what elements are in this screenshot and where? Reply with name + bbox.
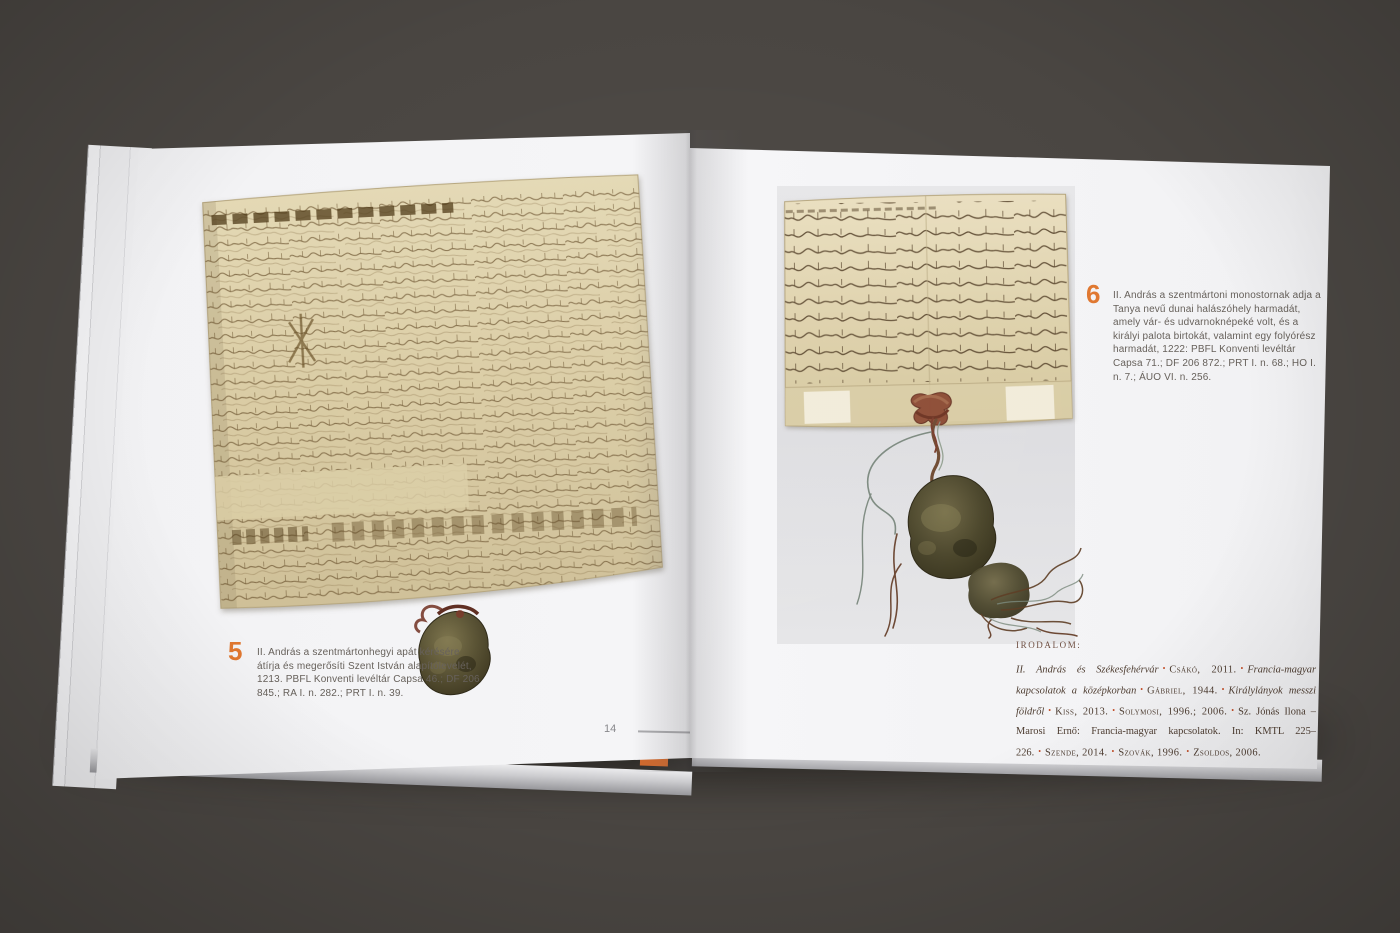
bibliography-text: II. András és Székesfehérvár•Csákó, 2011…: [1016, 659, 1316, 763]
biblio-entry: Kiss, 2013.: [1055, 707, 1108, 718]
left-manuscript-image: [194, 167, 668, 620]
right-manuscript-image: [778, 188, 1075, 434]
figure6-number: 6: [1086, 281, 1100, 307]
right-photo-plate: [777, 186, 1075, 644]
seal-cords-image: [841, 414, 1101, 642]
bullet-separator: •: [1241, 664, 1244, 673]
bibliography-heading: IRODALOM:: [1016, 640, 1316, 650]
page-number-rule: [638, 730, 692, 733]
biblio-entry: Csákó, 2011.: [1169, 665, 1236, 676]
biblio-entry: Szovák, 1996.: [1118, 747, 1182, 758]
biblio-entry: Gábriel, 1944.: [1147, 686, 1218, 697]
bullet-separator: •: [1163, 664, 1166, 673]
biblio-entry: Zsoldos, 2006.: [1193, 747, 1261, 758]
book-photo: 5 II. András a szentmártonhegyi apát kér…: [0, 0, 1400, 933]
figure5-number: 5: [228, 638, 242, 664]
parchment-charter-1222: [778, 188, 1075, 434]
biblio-entry: II. András és Székesfehérvár: [1016, 665, 1159, 676]
bullet-separator: •: [1112, 706, 1115, 715]
bullet-separator: •: [1222, 685, 1225, 694]
bullet-separator: •: [1186, 747, 1189, 756]
figure5-caption: II. András a szentmártonhegyi apát kérés…: [257, 646, 481, 700]
bullet-separator: •: [1231, 706, 1234, 715]
figure6-caption: II. András a szentmártoni monostornak ad…: [1113, 289, 1323, 384]
biblio-entry: Szende, 2014.: [1045, 747, 1108, 758]
parchment-charter-1213: [194, 167, 668, 620]
bullet-separator: •: [1048, 706, 1051, 715]
bullet-separator: •: [1112, 747, 1115, 756]
page-number: 14: [604, 723, 616, 735]
biblio-entry: Solymosi, 1996.; 2006.: [1119, 707, 1227, 718]
bullet-separator: •: [1038, 747, 1041, 756]
pendent-seal-icon: [841, 414, 1101, 642]
bullet-separator: •: [1140, 685, 1143, 694]
bibliography: IRODALOM: II. András és Székesfehérvár•C…: [1016, 640, 1316, 773]
